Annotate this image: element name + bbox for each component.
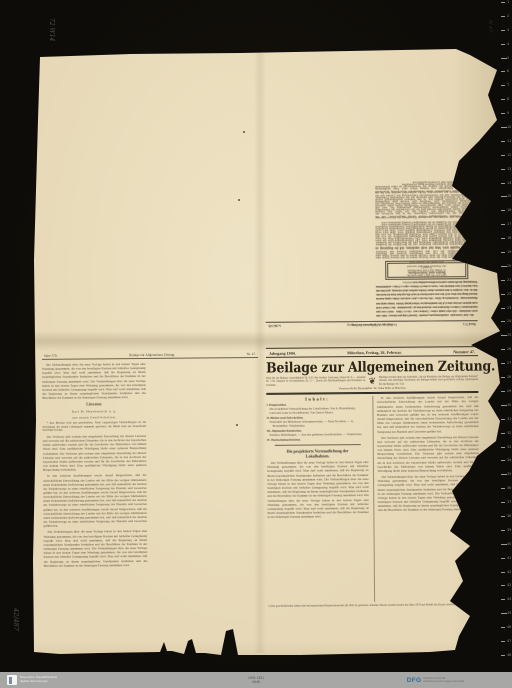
- imprint-right-text: Beiträge werden unter der Aufschrift „An…: [379, 375, 478, 385]
- page-top-right: Nr. 47. Beilage zur Allgemeinen Zeitung.…: [263, 52, 477, 328]
- dfg-caption: Gefördert durch die Deutsche Forschungsg…: [423, 677, 464, 683]
- top-half-rotated: Seite 374. Beilage zur Allgemeinen Zeitu…: [37, 52, 477, 330]
- issue-number: Nr. 47.: [247, 352, 256, 356]
- lead-article-heading: Die projektierte Verstaatlichung der Lok…: [267, 448, 369, 459]
- sheet-content: Seite 374. Beilage zur Allgemeinen Zeitu…: [0, 0, 512, 688]
- contents-item: Festschrift des Münchener Altertumsverei…: [267, 420, 369, 429]
- text-column-paragraph: Der Verfasser gibt sodann eine eingehend…: [43, 434, 147, 472]
- section-heading: Literatur.: [42, 402, 146, 407]
- dfg-caption-line2: Deutsche Forschungsgemeinschaft: [423, 680, 464, 683]
- ruler-tick: 48: [501, 655, 512, 669]
- text-columns: Der Verfasser gibt sodann eine eingehend…: [264, 125, 478, 319]
- masthead-year: Jahrgang 1904.: [269, 350, 296, 355]
- dfg-logo: DFG Gefördert durch die Deutsche Forschu…: [407, 677, 464, 684]
- handwritten-shelfmark-top: 72 W14: [48, 18, 55, 41]
- poem-block: Und wie die alte Linde rauscht, so kling…: [376, 260, 478, 278]
- page-number: Seite 370.: [44, 354, 58, 358]
- signature-line: Karl M. Heydenreich u. g.: [42, 409, 146, 414]
- page-bottom-right-masthead: Jahrgang 1904. München, Freitag, 26. Feb…: [266, 346, 481, 652]
- header-title: Beilage zur Allgemeinen Zeitung.: [351, 323, 397, 327]
- crest-ornament-icon: ❦: [368, 376, 376, 386]
- handwritten-shelfmark-bottom: 42/487: [12, 608, 20, 631]
- poem-line: und denkt der Heimat sein.: [376, 260, 478, 265]
- text-column-paragraph: Die Verhandlungen über die neue Vorlage …: [267, 460, 369, 519]
- page-bottom-left: Seite 370. Beilage zur Allgemeinen Zeitu…: [42, 352, 261, 654]
- newspaper-title: Beilage zur Allgemeinen Zeitung.: [266, 357, 478, 376]
- text-column-paragraph: Die Verhandlungen über die neue Vorlage …: [43, 529, 147, 567]
- front-page-left-column: Inhalt: I. Hauptartikel. Die projektiert…: [266, 396, 374, 603]
- contents-title: Inhalt:: [266, 397, 368, 402]
- contents-item: IV. Hochschulnachrichten.: [267, 438, 369, 443]
- text-column-paragraph: Der Verfasser gibt sodann eine eingehend…: [377, 435, 479, 473]
- dfg-logo-text: DFG: [407, 677, 422, 684]
- text-column-paragraph: In den weiteren Ausführungen wurde darau…: [43, 473, 147, 528]
- imprint-left-text: Preis für die Beilage: vierteljährlich M…: [266, 376, 365, 386]
- newspaper-sheet: Seite 374. Beilage zur Allgemeinen Zeitu…: [0, 0, 512, 688]
- page-number: Seite 375.: [268, 324, 282, 328]
- lead-article-heading-line2: Lokalbahnen.: [306, 453, 330, 458]
- running-header: Nr. 47. Beilage zur Allgemeinen Zeitung.…: [266, 320, 478, 328]
- footnote: * Aus Breslau wird uns geschrieben: Nach…: [43, 421, 147, 433]
- page-footnote: 1) Die geschichtlichen Akten sind im bay…: [268, 603, 480, 608]
- masthead-number: Nummer 47.: [453, 349, 475, 354]
- issue-number: Nr. 47.: [466, 322, 475, 326]
- running-header: Seite 370. Beilage zur Allgemeinen Zeitu…: [42, 352, 258, 360]
- handwritten-mark-right: N 47: [487, 20, 493, 32]
- text-column-paragraph: In den weiteren Ausführungen wurde darau…: [375, 180, 477, 218]
- imprint-block: Preis für die Beilage: vierteljährlich M…: [266, 375, 478, 387]
- ruler: 1234567891011121314151617181920212223242…: [501, 2, 512, 672]
- text-column-paragraph: Die Verhandlungen über die neue Vorlage …: [378, 474, 480, 512]
- front-page-right-column: In den weiteren Ausführungen wurde darau…: [373, 395, 480, 602]
- scan-viewer: 72 W14 42/487 N 47 Seite 374. Beilage zu…: [0, 0, 512, 688]
- masthead-date: München, Freitag, 26. Februar.: [347, 349, 402, 354]
- contents-divider-rule: [275, 444, 361, 446]
- text-column-paragraph: Die Verhandlungen über die neue Vorlage …: [375, 220, 477, 258]
- text-column-paragraph: In den weiteren Ausführungen wurde darau…: [377, 395, 479, 433]
- signature-line: aus neuen Gesellschaften.: [42, 415, 146, 420]
- front-page-columns: Inhalt: I. Hauptartikel. Die projektiert…: [266, 395, 480, 603]
- text-column-paragraph: Die Verhandlungen über die neue Vorlage …: [42, 362, 146, 400]
- text-columns: Die Verhandlungen über die neue Vorlage …: [42, 361, 260, 649]
- header-title: Beilage zur Allgemeinen Zeitung.: [129, 353, 175, 357]
- text-column-paragraph: Der Verfasser gibt sodann eine eingehend…: [376, 280, 478, 318]
- digitization-footer-bar: Bayerische StaatsBibliothek digitale Sam…: [0, 672, 512, 688]
